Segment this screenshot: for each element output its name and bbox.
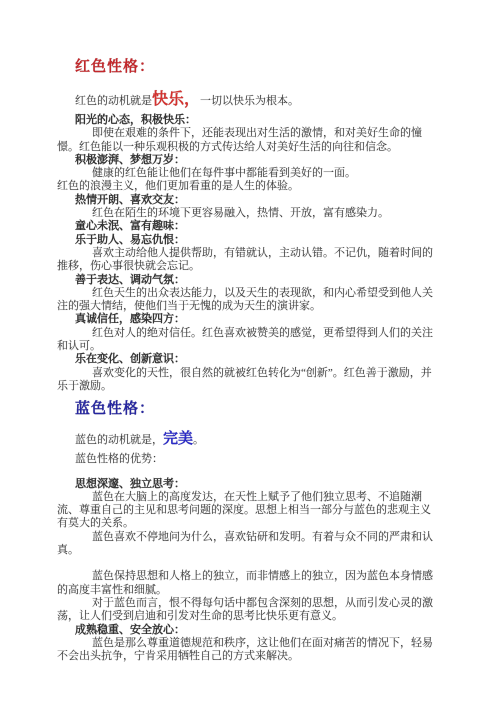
blue-motivation-line: 蓝色的动机就是，完美。 (75, 429, 434, 450)
trait-title: 阳光的心态，积极快乐： (75, 114, 434, 127)
document-page: 红色性格： 红色的动机就是快乐，一切以快乐为根本。 阳光的心态，积极快乐： 即使… (0, 0, 434, 663)
trait-title: 成熟稳重、安全放心： (75, 624, 434, 637)
red-trait-item: 乐在变化、创新意识： 喜欢变化的天性，很自然的就被红色转化为“创新”。红色善于激… (57, 353, 434, 393)
red-keyword-happiness: 快乐， (152, 89, 200, 108)
red-trait-item: 善于表达、调动气氛： 红色天生的出众表达能力，以及天生的表现欲，和内心希望受到他… (57, 274, 434, 314)
trait-paragraph: 蓝色保持思想和人格上的独立，而非情感上的独立，因为蓝色本身情感的高度丰富性和细腻… (57, 570, 434, 597)
blue-section-heading: 蓝色性格： (75, 398, 434, 418)
blue-trait-item: 思想深邃、独立思考： 蓝色在大脑上的高度发达，在天性上赋予了他们独立思考、不追随… (57, 478, 434, 624)
red-trait-item: 童心未泯、富有趣味： (57, 220, 434, 233)
trait-title: 童心未泯、富有趣味： (75, 220, 434, 233)
red-trait-item: 阳光的心态，积极快乐： 即使在艰难的条件下，还能表现出对生活的激情，和对美好生命… (57, 114, 434, 154)
trait-title: 真诚信任，感染四方： (75, 313, 434, 326)
trait-title: 乐于助人、易忘仇恨： (75, 234, 434, 247)
trait-paragraph: 红色对人的绝对信任。红色喜欢被赞美的感觉，更希望得到人们的关注和认可。 (57, 327, 434, 354)
trait-paragraph: 即使在艰难的条件下，还能表现出对生活的激情，和对美好生命的憧憬。红色能以一种乐观… (57, 127, 434, 154)
trait-paragraph: 健康的红色能让他们在每件事中都能看到美好的一面。 (57, 167, 434, 180)
red-intro-suffix: 一切以快乐为根本。 (200, 95, 299, 107)
trait-title: 善于表达、调动气氛： (75, 274, 434, 287)
trait-paragraph: 红色天生的出众表达能力，以及天生的表现欲，和内心希望受到他人关注的强大情结，使他… (57, 287, 434, 314)
blue-keyword-perfection: 完美 (163, 429, 193, 447)
trait-paragraph: 蓝色是那么尊重道德规范和秩序，这让他们在面对痛苦的情况下，轻易不会出头抗争，宁肯… (57, 637, 434, 664)
red-personality-section: 红色性格： 红色的动机就是快乐，一切以快乐为根本。 阳光的心态，积极快乐： 即使… (57, 56, 434, 393)
trait-title: 乐在变化、创新意识： (75, 353, 434, 366)
trait-paragraph: 红色在陌生的环境下更容易融入，热情、开放，富有感染力。 (57, 207, 434, 220)
trait-paragraph: 对于蓝色而言，恨不得每句话中都包含深刻的思想，从而引发心灵的激荡，让人们受到启迪… (57, 597, 434, 624)
trait-title: 积极澎湃、梦想万岁： (75, 154, 434, 167)
trait-paragraph: 蓝色在大脑上的高度发达，在天性上赋予了他们独立思考、不追随潮流、尊重自己的主见和… (57, 491, 434, 531)
blue-trait-item: 成熟稳重、安全放心： 蓝色是那么尊重道德规范和秩序，这让他们在面对痛苦的情况下，… (57, 624, 434, 664)
red-trait-item: 热情开朗、喜欢交友： 红色在陌生的环境下更容易融入，热情、开放，富有感染力。 (57, 194, 434, 221)
red-trait-item: 乐于助人、易忘仇恨： 喜欢主动给他人提供帮助，有错就认，主动认错。不记仇，随着时… (57, 234, 434, 274)
red-intro-prefix: 红色的动机就是 (75, 95, 152, 107)
blue-personality-section: 蓝色性格： 蓝色的动机就是，完美。 蓝色性格的优势： 思想深邃、独立思考： 蓝色… (57, 398, 434, 663)
red-trait-item: 真诚信任，感染四方： 红色对人的绝对信任。红色喜欢被赞美的感觉，更希望得到人们的… (57, 313, 434, 353)
blue-intro-suffix: 。 (193, 434, 204, 446)
trait-title: 思想深邃、独立思考： (75, 478, 434, 491)
trait-paragraph: 蓝色喜欢不停地问为什么，喜欢钻研和发明。有着与众不同的严肃和认真。 (57, 531, 434, 558)
blue-intro-prefix: 蓝色的动机就是， (75, 434, 163, 446)
trait-paragraph: 喜欢主动给他人提供帮助，有错就认，主动认错。不记仇，随着时间的推移，伤心事很快就… (57, 247, 434, 274)
trait-title: 热情开朗、喜欢交友： (75, 194, 434, 207)
blue-advantages-label: 蓝色性格的优势： (75, 453, 434, 466)
red-section-heading: 红色性格： (75, 56, 434, 76)
red-trait-item: 积极澎湃、梦想万岁： 健康的红色能让他们在每件事中都能看到美好的一面。 红色的浪… (57, 154, 434, 194)
red-motivation-line: 红色的动机就是快乐，一切以快乐为根本。 (75, 89, 434, 111)
trait-paragraph: 红色的浪漫主义，他们更加看重的是人生的体验。 (57, 180, 434, 193)
trait-paragraph: 喜欢变化的天性，很自然的就被红色转化为“创新”。红色善于激励，并乐于激励。 (57, 367, 434, 394)
